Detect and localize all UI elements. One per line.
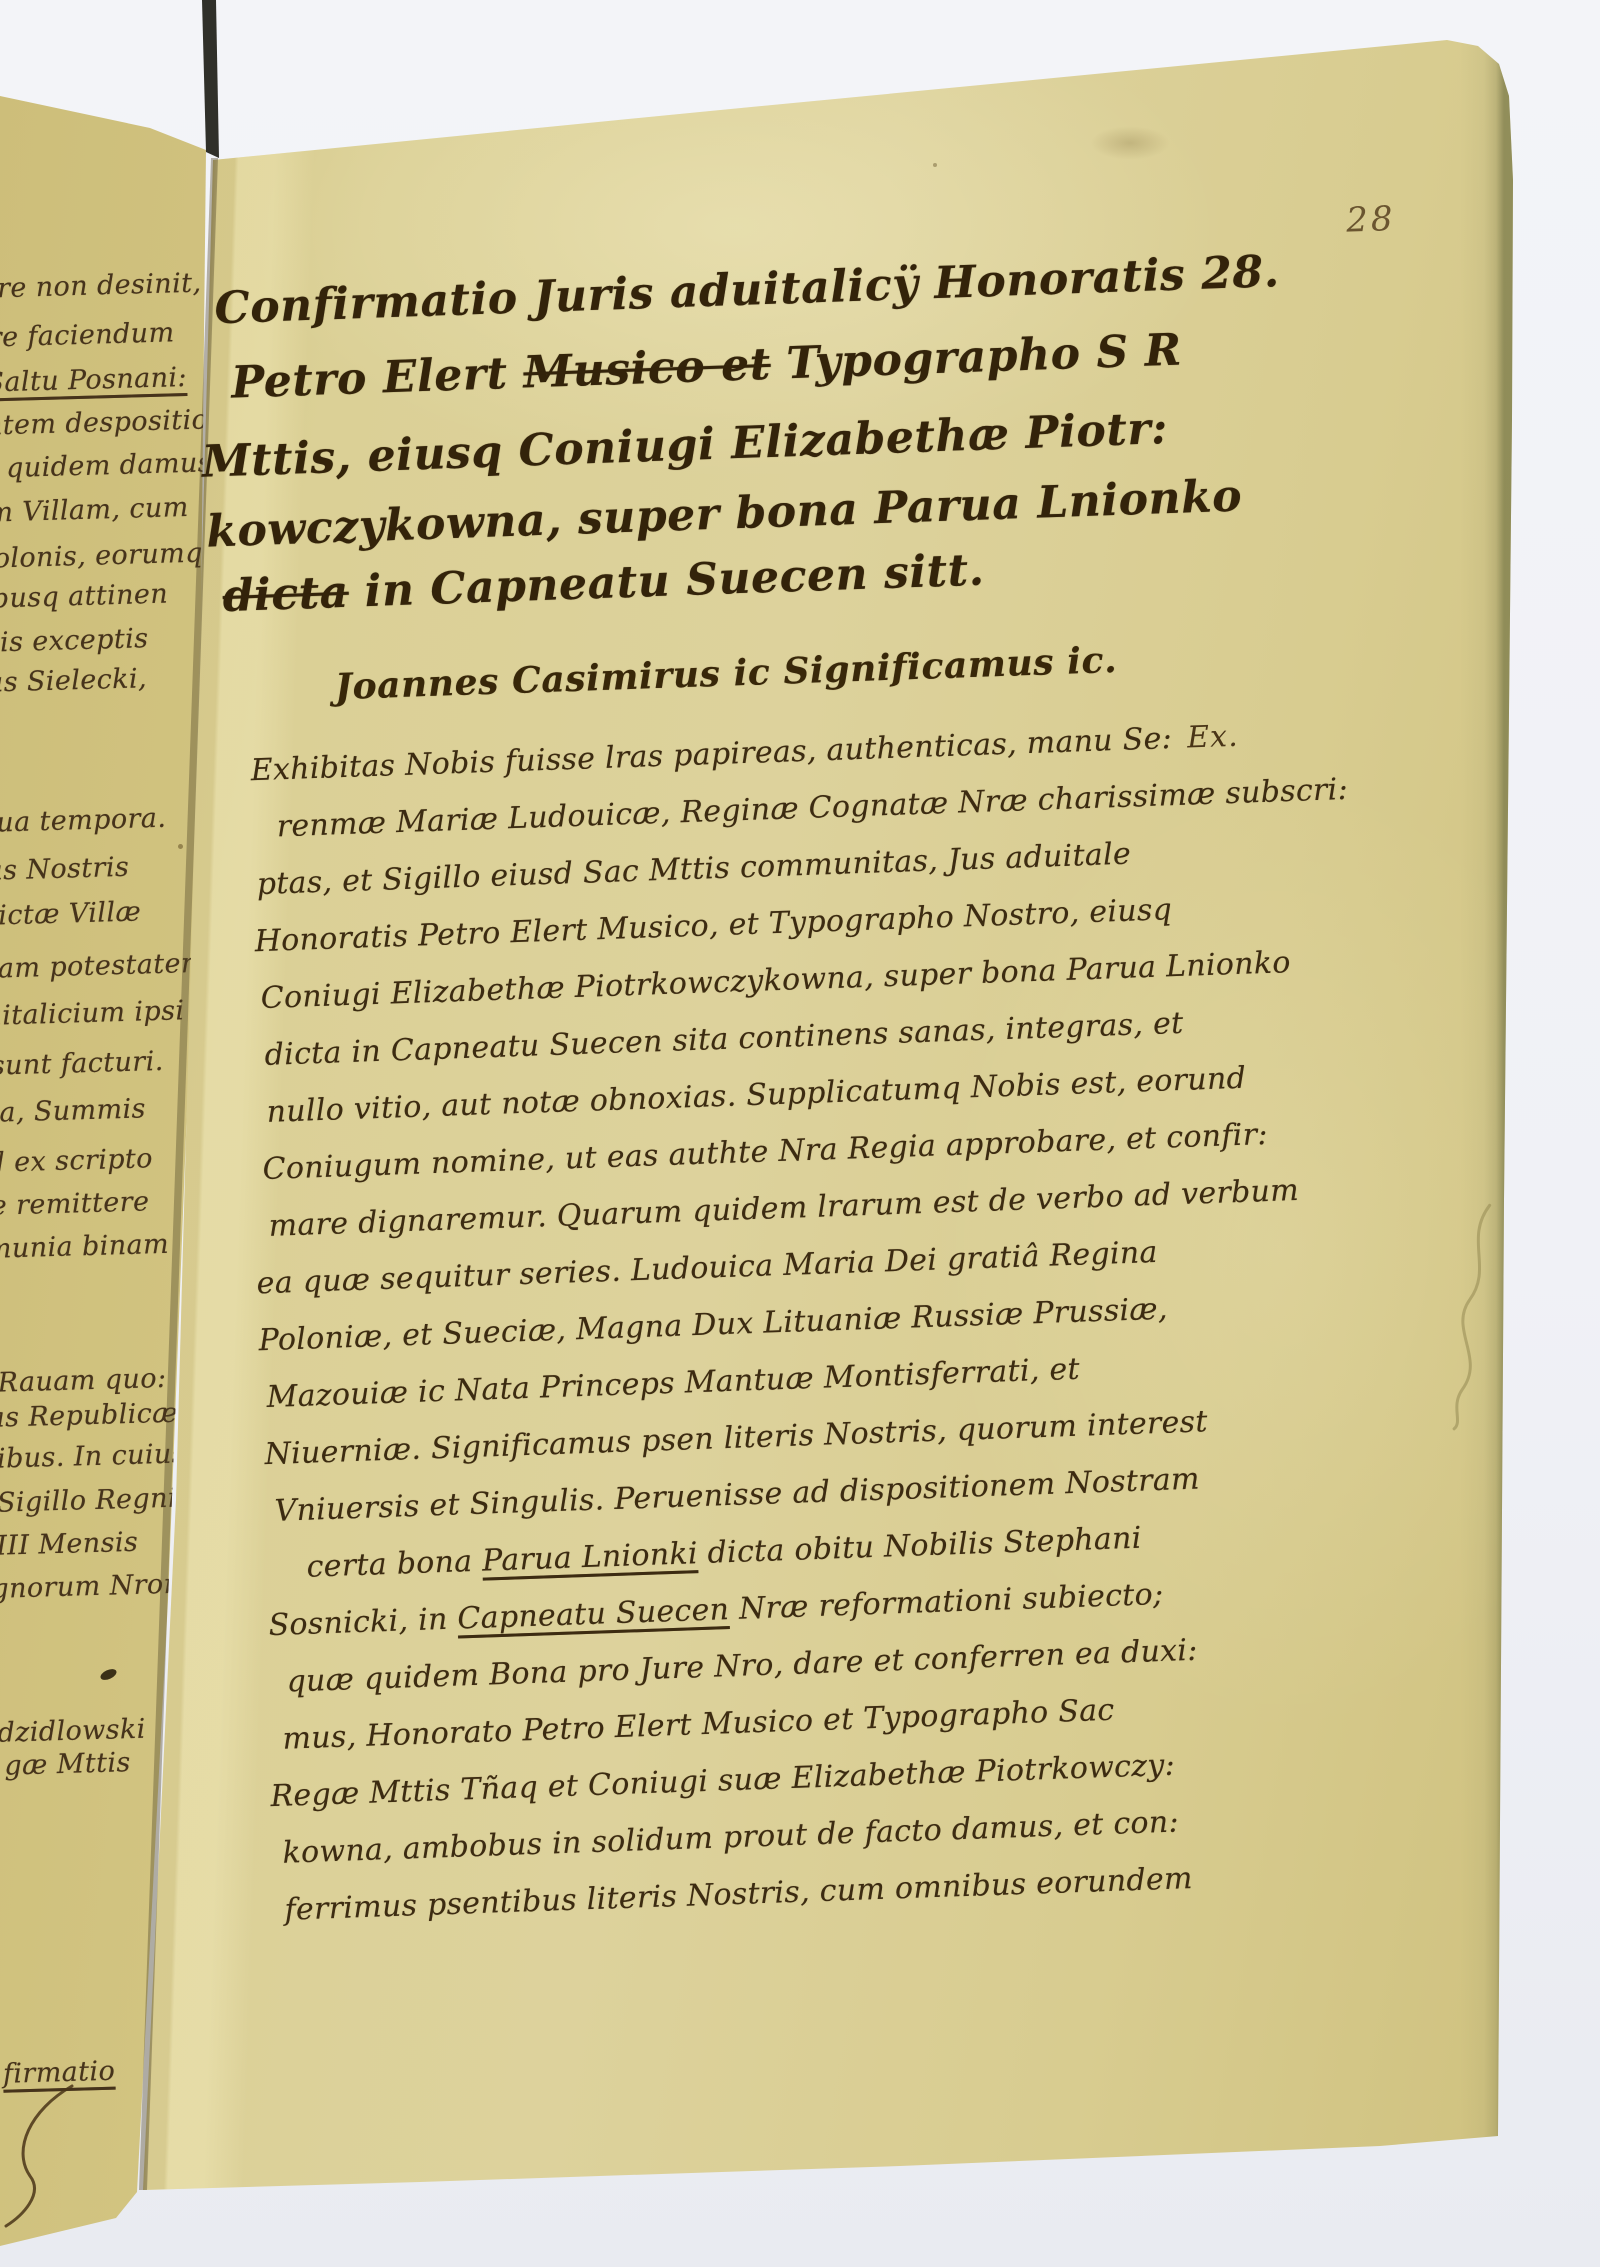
strip-line-19: e remittere (0, 1188, 150, 1219)
underline-mark: Parua Lnionki (482, 1536, 699, 1579)
body-line-16: Sosnicki, in Capneatu Suecen Nræ reforma… (268, 1580, 1164, 1641)
strip-line-20: munia binam (0, 1231, 169, 1263)
strip-line-22: as Republicæ (0, 1400, 178, 1432)
strip-line-12: us Nostris (0, 854, 130, 885)
title-line-5: dicta in Capneatu Suecen sitt. (222, 549, 985, 620)
underline-mark: in Saltu Posnani: (0, 362, 187, 400)
strip-line-9: ntis exceptis (0, 625, 149, 657)
body-line-17: quæ quidem Bona pro Jure Nro, dare et co… (286, 1636, 1198, 1698)
margin-note-ex: Ex. (1187, 719, 1240, 756)
strip-line-5: ut quidem damus (0, 449, 212, 483)
strip-line-16: sunt facturi. (0, 1048, 164, 1080)
strip-line-15: luitalicium ipsi (0, 997, 185, 1030)
strip-line-18: d ex scripto (0, 1145, 153, 1177)
strip-line-27: dzidlowski (0, 1716, 146, 1747)
paper-speck (178, 844, 183, 849)
title-line-4: kowczykowna, super bona Parua Lnionko (206, 474, 1243, 554)
body-line-21: ferrimus psentibus literis Nostris, cum … (284, 1864, 1193, 1926)
body-line-9: mare dignaremur. Quarum quidem lrarum es… (268, 1176, 1299, 1242)
strikethrough-mark: dicta (222, 567, 350, 622)
strip-line-17: ta, Summis (0, 1095, 146, 1126)
body-line-11: Poloniæ, et Sueciæ, Magna Dux Lituaniæ R… (258, 1295, 1168, 1357)
body-line-5: Coniugi Elizabethæ Piotrkowczykowna, sup… (260, 948, 1291, 1014)
strip-line-8: mbusq attinen (0, 581, 168, 614)
body-line-4: Honoratis Petro Elert Musico, et Typogra… (254, 895, 1172, 957)
body-line-2: renmæ Mariæ Ludouicæ, Reginæ Cognatæ Nræ… (276, 775, 1348, 842)
strip-line-1: stare non desinit, (0, 270, 202, 304)
body-line-12: Mazouiæ ic Nata Princeps Mantuæ Montisfe… (266, 1355, 1080, 1413)
handwriting-layer: Confirmatio Juris aduitalicÿ Honoratis 2… (177, 0, 1552, 2222)
title-line-2: Petro Elert Musico et Typographo S R (230, 328, 1182, 405)
strip-line-24: Sigillo Regni (0, 1485, 177, 1517)
strip-line-28: gæ Mttis (4, 1749, 131, 1780)
strip-line-7: Colonis, eorumq (0, 540, 203, 573)
body-line-19: Regæ Mttis Tñaq et Coniugi suæ Elizabeth… (270, 1751, 1175, 1813)
strip-line-6: dem Villam, cum (0, 494, 189, 528)
title-block: Confirmatio Juris aduitalicÿ Honoratis 2… (177, 0, 1476, 43)
strip-line-23: tibus. In cuius (0, 1440, 186, 1473)
strip-line-14: nam potestatem (0, 950, 207, 983)
folio-number: 28 (1346, 199, 1397, 241)
title-line-1: Confirmatio Juris aduitalicÿ Honoratis 2… (214, 250, 1280, 331)
body-line-13: Niuerniæ. Significamus psen literis Nost… (264, 1407, 1208, 1470)
strip-line-3: in Saltu Posnani: (0, 364, 187, 398)
body-line-10: ea quæ sequitur series. Ludouica Maria D… (256, 1238, 1158, 1299)
body-line-6: dicta in Capneatu Suecen sita continens … (264, 1009, 1184, 1071)
title-line-3: Mttis, eiusq Coniugi Elizabethæ Piotr: (201, 407, 1168, 485)
strip-line-10: hus Sielecki, (0, 665, 147, 697)
body-line-15: certa bona Parua Lnionki dicta obitu Nob… (306, 1524, 1142, 1583)
bottom-flourish (0, 2080, 90, 2240)
body-line-3: ptas, et Sigillo eiusd Sac Mttis communi… (256, 840, 1131, 901)
underline-mark: Capneatu Suecen (457, 1592, 730, 1636)
strip-line-11: sua tempora. (0, 805, 167, 837)
body-line-1: Exhibitas Nobis fuisse lras papireas, au… (250, 724, 1172, 786)
strip-line-2: nare faciendum (0, 319, 175, 352)
body-line-14: Vniuersis et Singulis. Peruenisse ad dis… (274, 1465, 1200, 1527)
body-line-7: nullo vitio, aut notæ obnoxias. Supplica… (266, 1064, 1246, 1128)
strip-line-21: Rauam quo: (0, 1365, 167, 1397)
body-line-18: mus, Honorato Petro Elert Musico et Typo… (282, 1696, 1115, 1755)
subheading: Joannes Casimirus ic Significamus ic. (334, 639, 1118, 708)
strip-line-13: dictæ Villæ (0, 898, 142, 929)
scanned-manuscript: stare non desinit,nare faciendumin Saltu… (0, 0, 1600, 2267)
body-line-20: kowna, ambobus in solidum prout de facto… (282, 1807, 1179, 1868)
strip-line-25: III Mensis (0, 1529, 139, 1560)
body-block: Exhibitas Nobis fuisse lras papireas, au… (177, 0, 1476, 43)
strikethrough-mark: Musico et (523, 339, 772, 399)
body-line-8: Coniugum nomine, ut eas authte Nra Regia… (262, 1120, 1268, 1185)
